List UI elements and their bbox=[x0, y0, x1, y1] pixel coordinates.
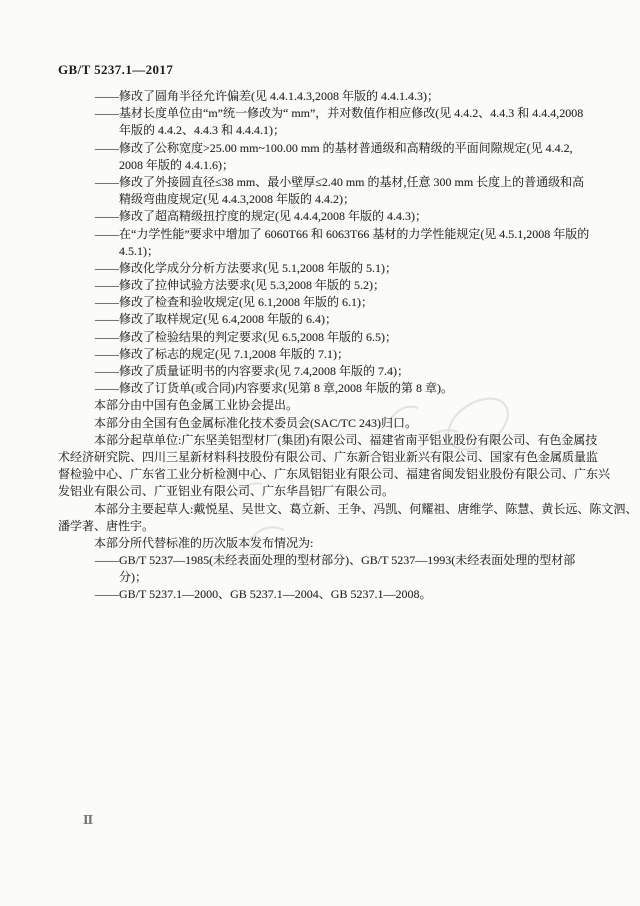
text-line-16: ——修改了标志的规定(见 7.1,2008 年版的 7.1)； bbox=[58, 346, 586, 363]
standard-number-header: GB/T 5237.1—2017 bbox=[58, 62, 173, 78]
text-line-24: 发铝业有限公司、广亚铝业有限公司、广东华昌铝厂有限公司。 bbox=[58, 483, 586, 500]
text-line-14: ——修改了取样规定(见 6.4,2008 年版的 6.4)； bbox=[58, 311, 586, 328]
text-line-19: 本部分由中国有色金属工业协会提出。 bbox=[58, 397, 586, 414]
text-line-17: ——修改了质量证明书的内容要求(见 7.4,2008 年版的 7.4)； bbox=[58, 363, 586, 380]
document-page: GB/T 5237.1—2017 ——修改了圆角半径允许偏差(见 4.4.1.4… bbox=[0, 0, 640, 906]
text-line-26: 潘学著、唐性宇。 bbox=[58, 518, 586, 535]
text-line-22: 术经济研究院、四川三星新材料科技股份有限公司、广东新合铝业新兴有限公司、国家有色… bbox=[58, 449, 586, 466]
text-line-29: 分)； bbox=[58, 569, 586, 586]
text-line-10: 4.5.1)； bbox=[58, 243, 586, 260]
text-line-4: ——修改了公称宽度>25.00 mm~100.00 mm 的基材普通级和高精级的… bbox=[58, 140, 586, 157]
text-line-13: ——修改了检查和验收规定(见 6.1,2008 年版的 6.1)； bbox=[58, 294, 586, 311]
text-line-6: ——修改了外接圆直径≤38 mm、最小壁厚≤2.40 mm 的基材,任意 300… bbox=[58, 174, 586, 191]
text-line-25: 本部分主要起草人:戴悦星、吴世文、葛立新、王争、冯凯、何耀祖、唐维学、陈慧、黄长… bbox=[58, 501, 586, 518]
text-line-21: 本部分起草单位:广东坚美铝型材厂(集团)有限公司、福建省南平铝业股份有限公司、有… bbox=[58, 432, 586, 449]
text-line-30: ——GB/T 5237.1—2000、GB 5237.1—2004、GB 523… bbox=[58, 586, 586, 603]
text-line-23: 督检验中心、广东省工业分析检测中心、广东凤铝铝业有限公司、福建省闽发铝业股份有限… bbox=[58, 466, 586, 483]
content-lines: ——修改了圆角半径允许偏差(见 4.4.1.4.3,2008 年版的 4.4.1… bbox=[58, 88, 586, 604]
text-line-5: 2008 年版的 4.4.1.6)； bbox=[58, 157, 586, 174]
text-line-1: ——修改了圆角半径允许偏差(见 4.4.1.4.3,2008 年版的 4.4.1… bbox=[58, 88, 586, 105]
text-line-7: 精级弯曲度规定(见 4.4.3,2008 年版的 4.4.2)； bbox=[58, 191, 586, 208]
text-line-27: 本部分所代替标准的历次版本发布情况为: bbox=[58, 535, 586, 552]
page-number: Ⅱ bbox=[83, 813, 93, 828]
text-line-12: ——修改了拉伸试验方法要求(见 5.3,2008 年版的 5.2)； bbox=[58, 277, 586, 294]
text-line-2: ——基材长度单位由“m”统一修改为“ mm”，并对数值作相应修改(见 4.4.2… bbox=[58, 105, 586, 122]
text-line-28: ——GB/T 5237—1985(未经表面处理的型材部分)、GB/T 5237—… bbox=[58, 552, 586, 569]
text-line-9: ——在“力学性能”要求中增加了 6060T66 和 6063T66 基材的力学性… bbox=[58, 226, 586, 243]
text-line-11: ——修改化学成分分析方法要求(见 5.1,2008 年版的 5.1)； bbox=[58, 260, 586, 277]
text-line-3: 年版的 4.4.2、4.4.3 和 4.4.4.1)； bbox=[58, 122, 586, 139]
text-line-15: ——修改了检验结果的判定要求(见 6.5,2008 年版的 6.5)； bbox=[58, 329, 586, 346]
text-line-18: ——修改了订货单(或合同)内容要求(见第 8 章,2008 年版的第 8 章)。 bbox=[58, 380, 586, 397]
text-line-20: 本部分由全国有色金属标准化技术委员会(SAC/TC 243)归口。 bbox=[58, 415, 586, 432]
text-line-8: ——修改了超高精级扭拧度的规定(见 4.4.4,2008 年版的 4.4.3)； bbox=[58, 208, 586, 225]
